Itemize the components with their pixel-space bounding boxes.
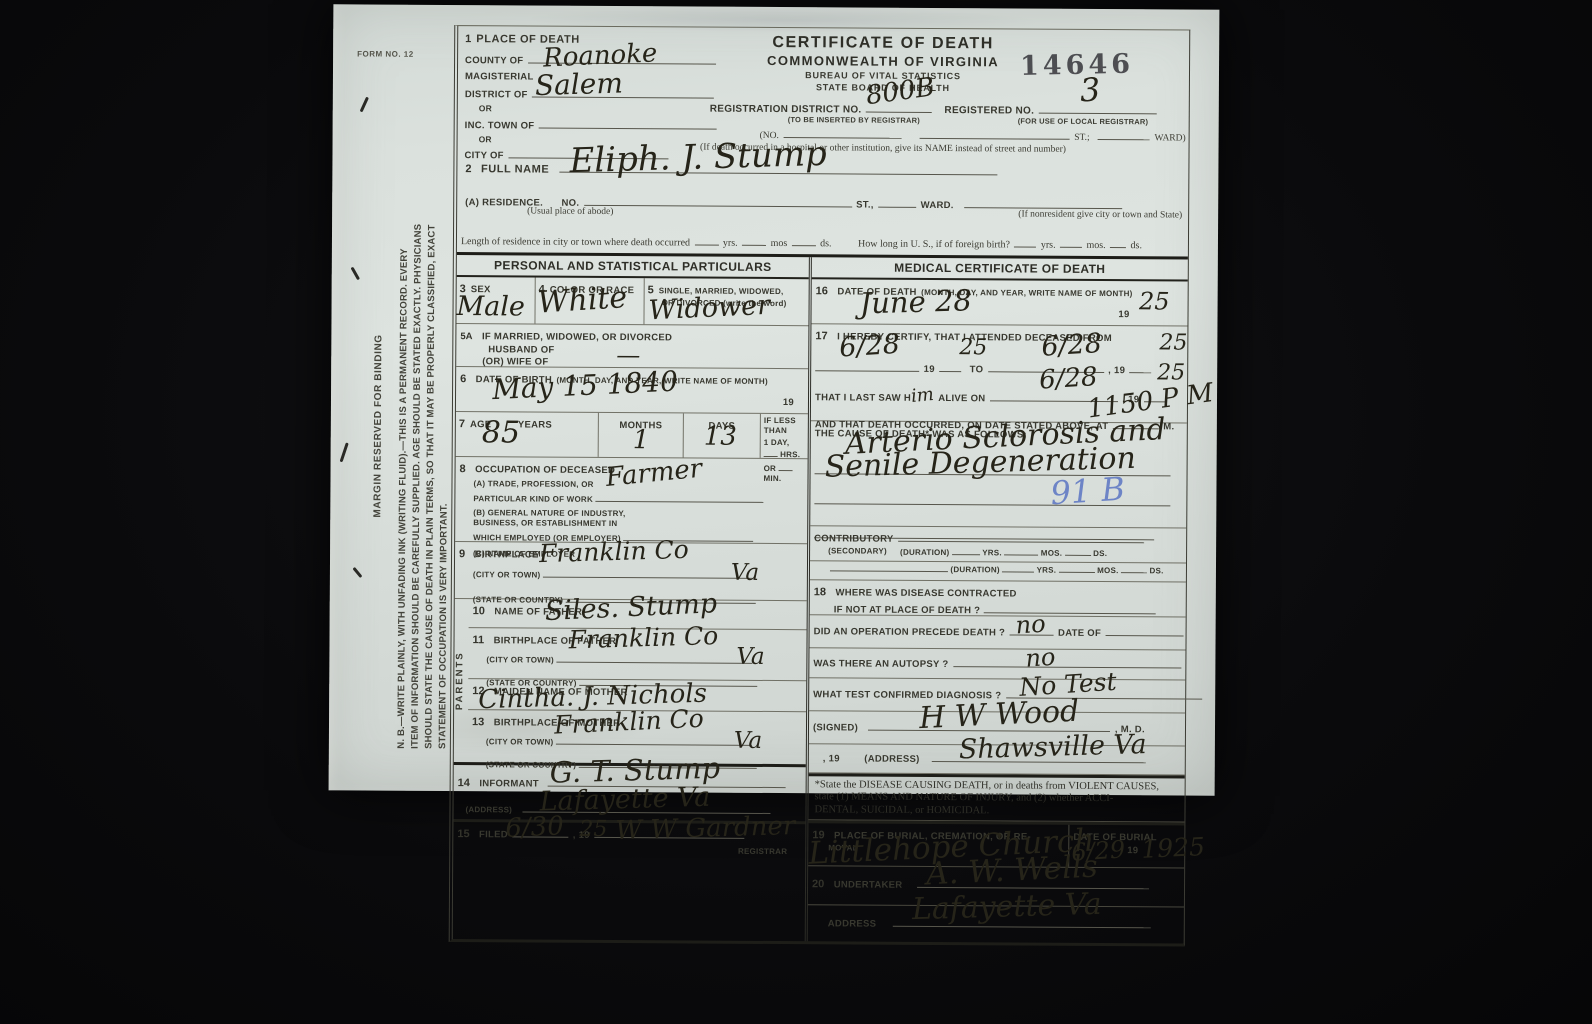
full-name-row: 2 FULL NAME Eliph. J. Stump	[457, 153, 1188, 193]
certificate-paper: FORM NO. 12 MARGIN RESERVED FOR BINDING …	[329, 4, 1220, 795]
contributory-row: CONTRIBUTORY (SECONDARY)	[810, 526, 1186, 563]
sex-race-marital-row: 3SEX Male 4COLOR OR RACE White 5SINGLE, …	[456, 277, 808, 326]
autopsy-label: WAS THERE AN AUTOPSY ?	[813, 658, 948, 670]
lastsaw-date-value: 6/28	[1038, 364, 1098, 394]
age-hrs: HRS.	[780, 450, 800, 459]
mos-blank	[742, 234, 766, 246]
marital-value: Widower	[648, 292, 771, 325]
item11-number: 11	[472, 634, 484, 646]
parents-vertical-label: PARENTS	[454, 599, 469, 762]
age-less2: 1 DAY,	[764, 438, 790, 447]
dob-19: 19	[783, 397, 794, 409]
item8-number: 8	[460, 463, 466, 475]
bp-city-value: Franklin Co	[539, 537, 689, 566]
item5a-label: IF MARRIED, WIDOWED, OR DIVORCED	[482, 331, 672, 343]
commonwealth-subtitle: COMMONWEALTH OF VIRGINIA	[710, 53, 1056, 70]
registrar-signature: W W Gardner	[615, 813, 796, 844]
informant-label: INFORMANT	[479, 778, 539, 789]
filed-row: 15 FILED , 19 6/30 25 W W Gardner REGIST…	[453, 822, 805, 860]
district-label: DISTRICT OF	[465, 89, 528, 100]
residence-ward-blank	[964, 196, 1122, 209]
county-label: COUNTY OF	[465, 55, 523, 66]
father-birthplace-row: 11 BIRTHPLACE OF FATHER (CITY OR TOWN) F…	[468, 628, 806, 681]
age-months-value: 1	[633, 427, 650, 453]
certificate-number-stamp: 14646	[1020, 49, 1135, 82]
fbp-city-value: Franklin Co	[568, 623, 718, 652]
dur2-ds: DS.	[1149, 566, 1163, 575]
abode-note: (Usual place of abode)	[527, 206, 613, 217]
age-months-cell: MONTHS 1	[599, 413, 684, 458]
tear-mark	[350, 267, 360, 281]
occ-a-blank	[595, 490, 763, 503]
item18-number: 18	[814, 586, 826, 598]
bp-state-value: Va	[731, 562, 759, 585]
tear-mark	[360, 97, 369, 113]
item14-number: 14	[458, 777, 470, 789]
form-number: FORM NO. 12	[357, 49, 414, 58]
birthplace-label: BIRTHPLACE	[475, 549, 539, 560]
yrs2-blank	[1014, 235, 1036, 247]
lastsaw-him: im	[910, 386, 934, 406]
to-label: TO	[970, 364, 984, 375]
age-years-cell: 7AGE YEARS 85	[456, 412, 599, 457]
sex-cell: 3SEX Male	[456, 277, 535, 323]
dob-value: May 15 1840	[492, 368, 679, 405]
ds-blank	[792, 234, 816, 246]
yrs-blank	[694, 234, 718, 246]
residence-st-label: ST.,	[856, 199, 874, 210]
undertaker-value: A. W. Wells	[926, 852, 1099, 891]
item5a-value: —	[616, 343, 640, 367]
dod-value: June 28	[859, 286, 972, 318]
alive-label: ALIVE ON	[938, 393, 985, 404]
full-name-value: Eliph. J. Stump	[569, 137, 827, 178]
item10-number: 10	[473, 605, 485, 617]
filed-label: FILED	[479, 829, 508, 840]
age-days-cell: DAYS 13	[684, 413, 761, 457]
tear-mark	[340, 442, 349, 462]
margin-binding-text: MARGIN RESERVED FOR BINDING	[372, 288, 384, 518]
howlong-label: How long in U. S., if of foreign birth?	[858, 239, 1010, 251]
operation-value: no	[1015, 612, 1046, 638]
medical-certificate-header: MEDICAL CERTIFICATE OF DEATH	[812, 257, 1188, 281]
hrs-blank	[764, 448, 778, 457]
age-less1: IF LESS THAN	[764, 416, 805, 436]
yrs-label: yrs.	[723, 238, 738, 249]
district-value: Salem	[535, 69, 624, 100]
medical-certificate-column: MEDICAL CERTIFICATE OF DEATH 16 DATE OF …	[808, 257, 1188, 943]
operation-row: DID AN OPERATION PRECEDE DEATH ? DATE OF…	[809, 615, 1185, 650]
duration2-row: (DURATION) YRS. MOS. DS.	[810, 561, 1186, 582]
father-value: Siles. Stump	[544, 590, 717, 625]
nonresident-note: (If nonresident give city or town and St…	[1018, 209, 1182, 220]
autopsy-row: WAS THERE AN AUTOPSY ? no	[809, 648, 1185, 680]
dod-year-value: 25	[1139, 289, 1170, 313]
item20-number: 20	[812, 878, 824, 890]
st-label: ST.;	[1074, 133, 1089, 143]
registration-district-label: REGISTRATION DISTRICT NO.	[710, 104, 862, 116]
dateof-label: DATE OF	[1058, 628, 1101, 639]
occupation-label: OCCUPATION OF DECEASED	[475, 464, 615, 476]
parents-fields: 10 NAME OF FATHER Siles. Stump 11 BIRTHP…	[468, 599, 807, 764]
mos2-blank	[1060, 236, 1082, 248]
race-cell: 4COLOR OR RACE White	[535, 278, 644, 325]
mbp-city-label: (CITY OR TOWN)	[486, 737, 554, 746]
filed-year-value: 25	[579, 819, 607, 841]
dur2-yrs: YRS.	[1037, 566, 1057, 575]
registered-no-value: 3	[1079, 73, 1101, 106]
residence-no-blank	[584, 194, 852, 208]
length-label: Length of residence in city or town wher…	[461, 236, 690, 248]
from-19: 19	[924, 364, 935, 375]
residence-ward-label: WARD.	[921, 200, 954, 211]
photo-background: FORM NO. 12 MARGIN RESERVED FOR BINDING …	[0, 0, 1592, 1024]
item17-number: 17	[815, 330, 827, 342]
dateof-blank	[1105, 624, 1183, 636]
disease-contracted-row: 18 WHERE WAS DISEASE CONTRACTED IF NOT A…	[810, 580, 1186, 617]
addr-19-label: , 19	[823, 753, 840, 764]
date-of-birth-row: 6 DATE OF BIRTH (MONTH, DAY, AND YEAR, W…	[456, 367, 808, 414]
dur2-lead-blank	[830, 563, 948, 572]
physician-signature: H W Wood	[918, 697, 1079, 734]
physician-address-row: , 19 (ADDRESS) Shawsville Va	[809, 744, 1185, 775]
burial-year-value: 1925	[1141, 834, 1206, 862]
from-year-value: 25	[959, 337, 987, 359]
from-yy-blank	[939, 360, 961, 372]
undertaker-address-value: Lafayette Va	[912, 890, 1102, 925]
registered-no-note: (FOR USE OF LOCAL REGISTRAR)	[1018, 116, 1149, 126]
ds-label: ds.	[820, 238, 831, 249]
footnote-line3: DENTAL, SUICIDAL, or HOMICIDAL.	[814, 804, 1180, 819]
death-certificate-form: 1PLACE OF DEATH COUNTY OF Roanoke MAGIST…	[449, 25, 1191, 947]
autopsy-blank	[953, 655, 1181, 668]
marital-cell: 5SINGLE, MARRIED, WIDOWED, OR DIVORCED (…	[644, 278, 808, 325]
mos-label: mos	[771, 238, 788, 249]
ward-label: WARD)	[1155, 133, 1186, 143]
yrs2-label: yrs.	[1041, 240, 1056, 251]
sex-value: Male	[456, 293, 525, 320]
autopsy-value: no	[1025, 645, 1056, 671]
to-date-value: 6/28	[1041, 330, 1103, 361]
item9-number: 9	[459, 548, 465, 560]
age-years-value: 85	[482, 418, 520, 448]
residence-st-blank	[878, 196, 916, 208]
cause-of-death-row: THE CAUSE OF DEATH* WAS AS FOLLOWS: Arte…	[810, 421, 1187, 528]
dod-19: 19	[1118, 309, 1129, 321]
where-blank	[983, 601, 1155, 614]
cause-footnote: *State the DISEASE CAUSING DEATH, or in …	[808, 773, 1184, 822]
ward-blank	[1098, 128, 1150, 140]
occ-a2: PARTICULAR KIND OF WORK	[473, 494, 593, 504]
date-of-death-row: 16 DATE OF DEATH (MONTH, DAY, AND YEAR, …	[811, 279, 1187, 326]
burial-19: 19	[1127, 845, 1138, 857]
undertaker-address-row: ADDRESS Lafayette Va	[808, 905, 1184, 943]
item16-number: 16	[816, 285, 828, 297]
residence-row: (A) RESIDENCE. NO. ST., WARD. (Usual pla…	[457, 189, 1188, 232]
cause-code-stamp: 91 B	[1050, 473, 1126, 510]
signed-label: (SIGNED)	[813, 722, 858, 733]
certification-row: 17 I HEREBY CERTIFY, THAT I ATTENDED DEC…	[811, 324, 1188, 423]
race-value: White	[537, 283, 628, 319]
occupation-row: 8 OCCUPATION OF DECEASED (A) TRADE, PROF…	[455, 457, 808, 544]
age-row: 7AGE YEARS 85 MONTHS 1 DAYS 13 IF LESS T…	[456, 412, 808, 459]
inc-town-label: INC. TOWN OF	[465, 120, 535, 131]
where-label2: IF NOT AT PLACE OF DEATH ?	[834, 604, 981, 616]
item2-number: 2	[465, 163, 471, 175]
dur2-mos-blank	[1059, 565, 1095, 573]
item6-number: 6	[460, 373, 466, 385]
contributory-blank	[898, 530, 1144, 544]
registrar-label: REGISTRAR	[457, 845, 801, 857]
registered-no-label: REGISTERED NO.	[944, 105, 1034, 117]
item7-number: 7	[459, 418, 465, 430]
item5a-row: 5A IF MARRIED, WIDOWED, OR DIVORCED HUSB…	[456, 324, 808, 369]
mos2-label: mos.	[1086, 240, 1105, 251]
informant-addr-value: Lafayette Va	[539, 784, 710, 816]
item5a-number: 5A	[460, 331, 472, 342]
item15-number: 15	[457, 828, 469, 840]
item13-number: 13	[472, 716, 484, 728]
personal-particulars-column: PERSONAL AND STATISTICAL PARTICULARS 3SE…	[453, 255, 812, 941]
dur2-yrs-blank	[1002, 564, 1034, 572]
to-19: , 19	[1108, 365, 1125, 376]
dur2-mos: MOS.	[1097, 566, 1118, 575]
registration-district-note: (TO BE INSERTED BY REGISTRAR)	[788, 115, 920, 125]
length-of-residence-row: Length of residence in city or town wher…	[457, 228, 1188, 259]
filed-date-value: 6/30	[505, 813, 565, 842]
undertaker-label: UNDERTAKER	[834, 879, 903, 890]
mbp-state-value: Va	[734, 730, 762, 753]
age-less-than-cell: IF LESS THAN 1 DAY, HRS. OR MIN.	[761, 414, 808, 458]
tear-mark	[352, 567, 362, 578]
addr-label: (ADDRESS)	[864, 754, 919, 765]
margin-instructions: N. B.—WRITE PLAINLY, WITH UNFADING INK (…	[395, 197, 453, 749]
age-days-value: 13	[704, 424, 737, 450]
ds2-label: ds.	[1131, 240, 1142, 251]
fbp-state-value: Va	[736, 646, 764, 669]
duration2-label: (DURATION)	[950, 565, 999, 574]
item1-number: 1	[465, 33, 471, 45]
operation-label: DID AN OPERATION PRECEDE DEATH ?	[814, 626, 1006, 638]
certificate-title: CERTIFICATE OF DEATH	[710, 34, 1056, 54]
bp-city-label: (CITY OR TOWN)	[473, 570, 541, 579]
age-years-label: YEARS	[518, 419, 552, 430]
und-addr-label: ADDRESS	[828, 918, 877, 929]
parents-section: PARENTS 10 NAME OF FATHER Siles. Stump 1…	[454, 599, 807, 767]
form-header: 1PLACE OF DEATH COUNTY OF Roanoke MAGIST…	[458, 26, 1190, 144]
full-name-label: FULL NAME	[481, 163, 549, 175]
ds2-blank	[1110, 236, 1126, 248]
contributory-label: CONTRIBUTORY	[814, 533, 893, 544]
bp-city-blank	[543, 566, 753, 579]
secondary-note: (SECONDARY)	[828, 546, 1182, 558]
dur2-ds-blank	[1121, 565, 1147, 573]
to-yy-blank	[1130, 361, 1152, 373]
inc-town-blank	[539, 116, 717, 129]
street-blank	[920, 127, 1070, 140]
form-columns: PERSONAL AND STATISTICAL PARTICULARS 3SE…	[453, 255, 1188, 944]
from-date-value: 6/28	[839, 331, 901, 362]
to-year-value: 25	[1159, 332, 1187, 354]
fbp-city-label: (CITY OR TOWN)	[486, 655, 554, 664]
personal-particulars-header: PERSONAL AND STATISTICAL PARTICULARS	[457, 255, 809, 279]
where-label1: WHERE WAS DISEASE CONTRACTED	[835, 587, 1016, 599]
physician-address-value: Shawsville Va	[959, 731, 1147, 763]
mbp-city-value: Franklin Co	[554, 706, 705, 738]
lastsaw-label: THAT I LAST SAW H	[815, 392, 911, 404]
